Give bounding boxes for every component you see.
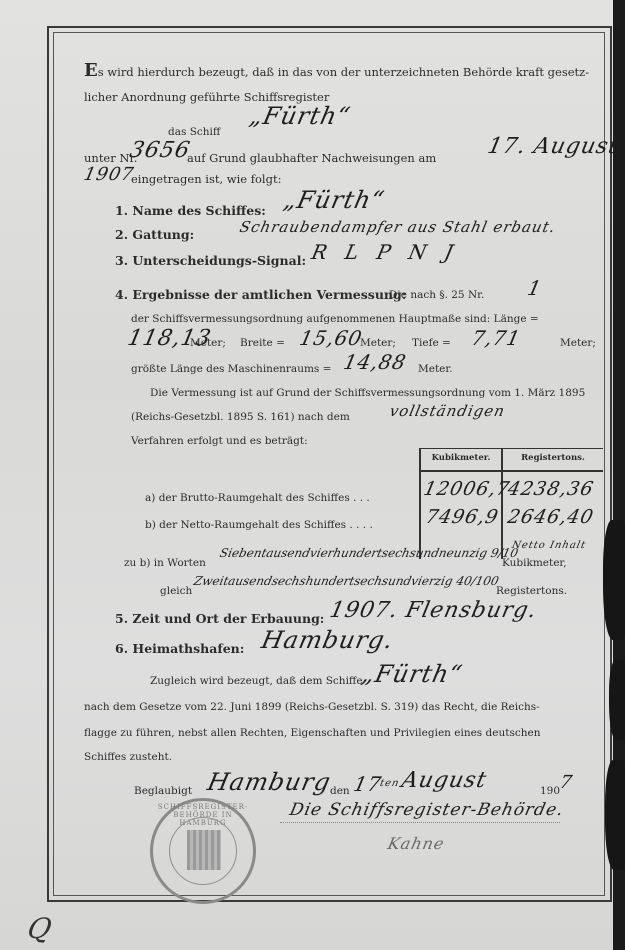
net-annotation: Netto Inhalt: [511, 540, 587, 551]
registration-year: 1907: [82, 164, 136, 185]
signature-line: [280, 822, 560, 823]
procedure-line-3: Verfahren erfolgt und es beträgt:: [131, 434, 308, 448]
flag-line-2: nach dem Gesetze vom 22. Juni 1899 (Reic…: [84, 700, 540, 714]
torn-edge-blob: [603, 520, 625, 640]
field-name-label: 1. Name des Schiffes:: [115, 204, 266, 218]
ship-name-handwritten: „Fürth“: [247, 102, 353, 130]
register-number: 3656: [127, 138, 192, 163]
registration-date: 17. August: [485, 134, 621, 159]
entered-text: eingetragen ist, wie folgt:: [131, 172, 281, 186]
torn-edge-blob: [609, 660, 625, 740]
field-signal-value: R L P N J: [309, 240, 461, 264]
table-row-gross-label: a) der Brutto-Raumgehalt des Schiffes . …: [145, 491, 370, 505]
table-header-cubic: Kubikmeter.: [421, 453, 501, 463]
table-header-register: Registertons.: [503, 453, 603, 463]
engine-room-value: 14,88: [341, 350, 408, 374]
field-type-value: Schraubendampfer aus Stahl erbaut.: [238, 218, 557, 236]
net-register-value: 2646,40: [506, 506, 596, 528]
intro-line-1: Es wird hierdurch bezeugt, daß in das vo…: [84, 64, 589, 79]
field-home-port-value: Hamburg.: [259, 626, 396, 654]
register-unit: Registertons.: [496, 584, 567, 598]
gross-cubic-value: 12006,7: [422, 478, 512, 500]
authority-signature: Die Schiffsregister-Behörde.: [288, 800, 566, 820]
cubic-words: Siebentausendvierhundertsechsundneunzig …: [219, 546, 520, 560]
official-signature: Kahne: [386, 834, 447, 853]
register-words: Zweitausendsechshundertsechsundvierzig 4…: [193, 574, 501, 588]
certified-place: Hamburg: [205, 768, 334, 796]
field-home-port-label: 6. Heimathshafen:: [115, 642, 244, 656]
equal-label: gleich: [160, 584, 192, 598]
basis-text: auf Grund glaubhafter Nachweisungen am: [187, 151, 436, 165]
measurement-line-2: der Schiffsvermessungsordnung aufgenomme…: [131, 312, 539, 326]
depth-meter-label: Meter;: [560, 336, 596, 350]
depth-value: 7,71: [469, 326, 523, 350]
certified-month: August: [399, 768, 489, 793]
table-header-rule: [419, 470, 603, 472]
castle-emblem-icon: [187, 830, 221, 870]
cubic-unit: Kubikmeter,: [502, 556, 567, 570]
table-column-divider: [501, 449, 503, 559]
flag-line-4: Schiffes zusteht.: [84, 750, 172, 764]
procedure-line-1: Die Vermessung ist auf Grund der Schiffs…: [150, 386, 585, 400]
measurement-intro: Die nach §. 25 Nr.: [389, 288, 484, 302]
flag-ship-name: „Fürth“: [359, 660, 465, 688]
procedure-type: vollständigen: [388, 402, 507, 420]
flag-line-1: Zugleich wird bezeugt, daß dem Schiffe: [150, 674, 363, 688]
table-row-net-label: b) der Netto-Raumgehalt des Schiffes . .…: [145, 518, 373, 532]
length-meter-label: Meter;: [190, 336, 226, 350]
in-words-label: zu b) in Worten: [124, 556, 206, 570]
field-construction-label: 5. Zeit und Ort der Erbauung:: [115, 612, 324, 626]
day-suffix: ten: [379, 778, 401, 789]
width-meter-label: Meter;: [360, 336, 396, 350]
procedure-line-2: (Reichs-Gesetzbl. 1895 S. 161) nach dem: [131, 410, 350, 424]
depth-label: Tiefe =: [412, 336, 451, 350]
table-left-border: [419, 449, 421, 559]
certified-label: Beglaubigt: [134, 784, 192, 798]
seal-inner-ring: [169, 817, 237, 885]
flag-line-3: flagge zu führen, nebst allen Rechten, E…: [84, 726, 540, 740]
torn-edge-blob: [605, 760, 625, 870]
field-signal-label: 3. Unterscheidungs-Signal:: [115, 254, 306, 268]
width-label: Breite =: [240, 336, 285, 350]
field-measurement-label: 4. Ergebnisse der amtlichen Vermessung:: [115, 288, 406, 302]
width-value: 15,60: [297, 326, 364, 350]
engine-room-meter: Meter.: [418, 362, 453, 376]
field-construction-value: 1907. Flensburg.: [327, 598, 539, 623]
engine-room-label: größte Länge des Maschinenraums =: [131, 362, 331, 376]
gross-register-value: 4238,36: [506, 478, 596, 500]
net-cubic-value: 7496,9: [424, 506, 501, 528]
ship-label: das Schiff: [168, 125, 220, 139]
official-seal: SCHIFFSREGISTER-BEHÖRDE IN HAMBURG: [150, 798, 256, 904]
field-name-value: „Fürth“: [281, 186, 387, 214]
den-label: den: [330, 784, 350, 798]
field-type-label: 2. Gattung:: [115, 228, 194, 242]
